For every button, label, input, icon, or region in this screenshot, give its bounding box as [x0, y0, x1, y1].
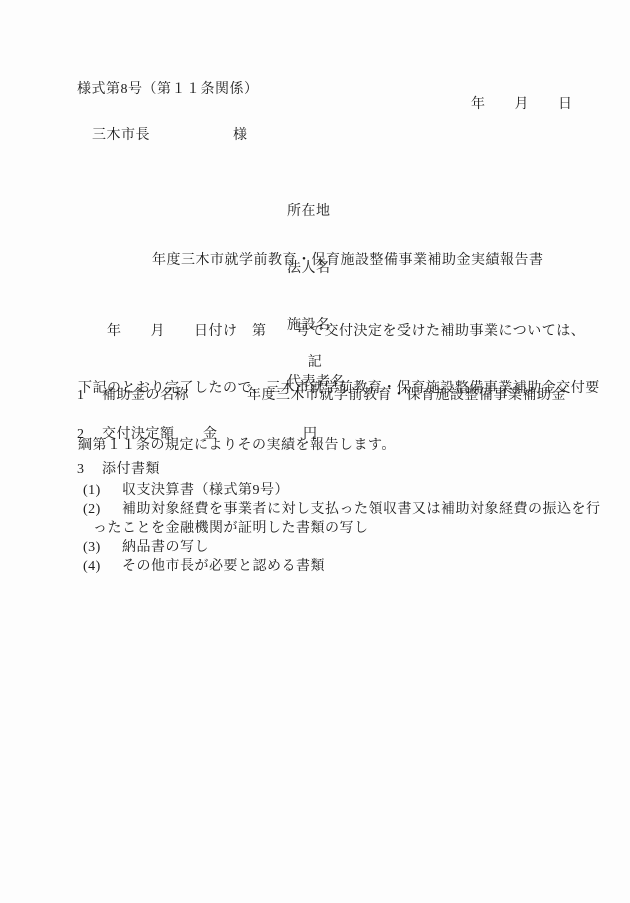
item-1-label: 補助金の名称: [102, 388, 189, 403]
sender-location-label: 所在地: [287, 202, 345, 221]
amount-unit: 円: [303, 427, 318, 442]
report-form-page: 様式第8号（第１１条関係） 年 月 日 三木市長 様 所在地 法人名 施設名 代…: [0, 0, 630, 903]
document-title: 年度三木市就学前教育・保育施設整備事業補助金実績報告書: [152, 253, 544, 268]
form-number: 様式第8号（第１１条関係）: [77, 82, 259, 97]
date-placeholder: 年 月 日: [471, 97, 573, 112]
attachment-1-text: 収支決算書（様式第9号）: [122, 483, 289, 498]
addressee-row: 三木市長 様: [92, 128, 630, 188]
attachment-item-4: (4) その他市長が必要と認める書類: [83, 559, 630, 619]
attachment-1-number: (1): [83, 483, 101, 498]
attachment-3-number: (3): [83, 540, 101, 555]
attachment-4-text: その他市長が必要と認める書類: [122, 559, 325, 574]
addressee-name: 三木市長: [92, 128, 150, 143]
attachment-3-text: 納品書の写し: [122, 540, 209, 555]
attachment-4-number: (4): [83, 559, 101, 574]
item-2-number: 2: [77, 427, 85, 442]
item-3-label: 添付書類: [102, 462, 160, 477]
item-3-number: 3: [77, 462, 85, 477]
body-line-1: 年 月 日付け 第 号で交付決定を受けた補助事業については、: [78, 322, 600, 341]
item-1-number: 1: [77, 388, 85, 403]
attachment-2-text: 補助対象経費を事業者に対し支払った領収書又は補助対象経費の振込を行: [122, 502, 601, 517]
item-2-label: 交付決定額: [102, 427, 175, 442]
addressee-honorific: 様: [233, 128, 248, 143]
item-1-value: 年度三木市就学前教育・保育施設整備事業補助金: [247, 388, 566, 403]
attachment-2-text-line2: ったことを金融機関が証明した書類の写し: [93, 521, 369, 536]
amount-prefix: 金: [203, 427, 218, 442]
attachment-2-number: (2): [83, 502, 101, 517]
record-marker: 記: [0, 355, 630, 370]
